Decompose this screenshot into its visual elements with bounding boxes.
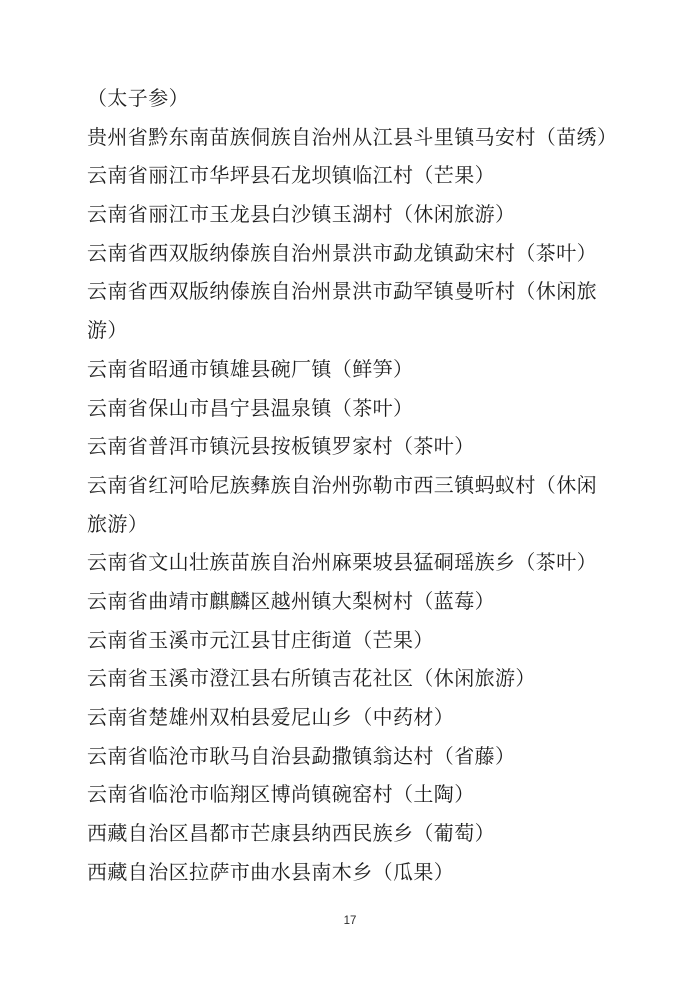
text-content: （太子参）贵州省黔东南苗族侗族自治州从江县斗里镇马安村（苗绣）云南省丽江市华坪县…	[87, 80, 632, 892]
text-line: 云南省临沧市耿马自治县勐撒镇翁达村（省藤）	[87, 738, 632, 777]
text-line: 西藏自治区拉萨市曲水县南木乡（瓜果）	[87, 854, 632, 893]
text-line: 游）	[87, 312, 632, 351]
text-line: （太子参）	[87, 80, 632, 119]
text-line: 云南省文山壮族苗族自治州麻栗坡县猛硐瑶族乡（茶叶）	[87, 544, 632, 583]
text-line: 云南省玉溪市澄江县右所镇吉花社区（休闲旅游）	[87, 660, 632, 699]
text-line: 贵州省黔东南苗族侗族自治州从江县斗里镇马安村（苗绣）	[87, 119, 632, 158]
text-line: 云南省普洱市镇沅县按板镇罗家村（茶叶）	[87, 428, 632, 467]
text-line: 云南省昭通市镇雄县碗厂镇（鲜笋）	[87, 351, 632, 390]
text-line: 云南省西双版纳傣族自治州景洪市勐龙镇勐宋村（茶叶）	[87, 235, 632, 274]
text-line: 旅游）	[87, 506, 632, 545]
text-line: 云南省曲靖市麒麟区越州镇大梨树村（蓝莓）	[87, 583, 632, 622]
page-number: 17	[0, 915, 700, 927]
text-line: 云南省楚雄州双柏县爱尼山乡（中药材）	[87, 699, 632, 738]
text-line: 云南省丽江市华坪县石龙坝镇临江村（芒果）	[87, 157, 632, 196]
document-page: （太子参）贵州省黔东南苗族侗族自治州从江县斗里镇马安村（苗绣）云南省丽江市华坪县…	[0, 0, 700, 990]
text-line: 云南省红河哈尼族彝族自治州弥勒市西三镇蚂蚁村（休闲	[87, 467, 632, 506]
text-line: 云南省临沧市临翔区博尚镇碗窑村（土陶）	[87, 776, 632, 815]
text-line: 云南省丽江市玉龙县白沙镇玉湖村（休闲旅游）	[87, 196, 632, 235]
text-line: 云南省西双版纳傣族自治州景洪市勐罕镇曼听村（休闲旅	[87, 273, 632, 312]
text-line: 云南省玉溪市元江县甘庄街道（芒果）	[87, 622, 632, 661]
text-line: 西藏自治区昌都市芒康县纳西民族乡（葡萄）	[87, 815, 632, 854]
text-line: 云南省保山市昌宁县温泉镇（茶叶）	[87, 390, 632, 429]
